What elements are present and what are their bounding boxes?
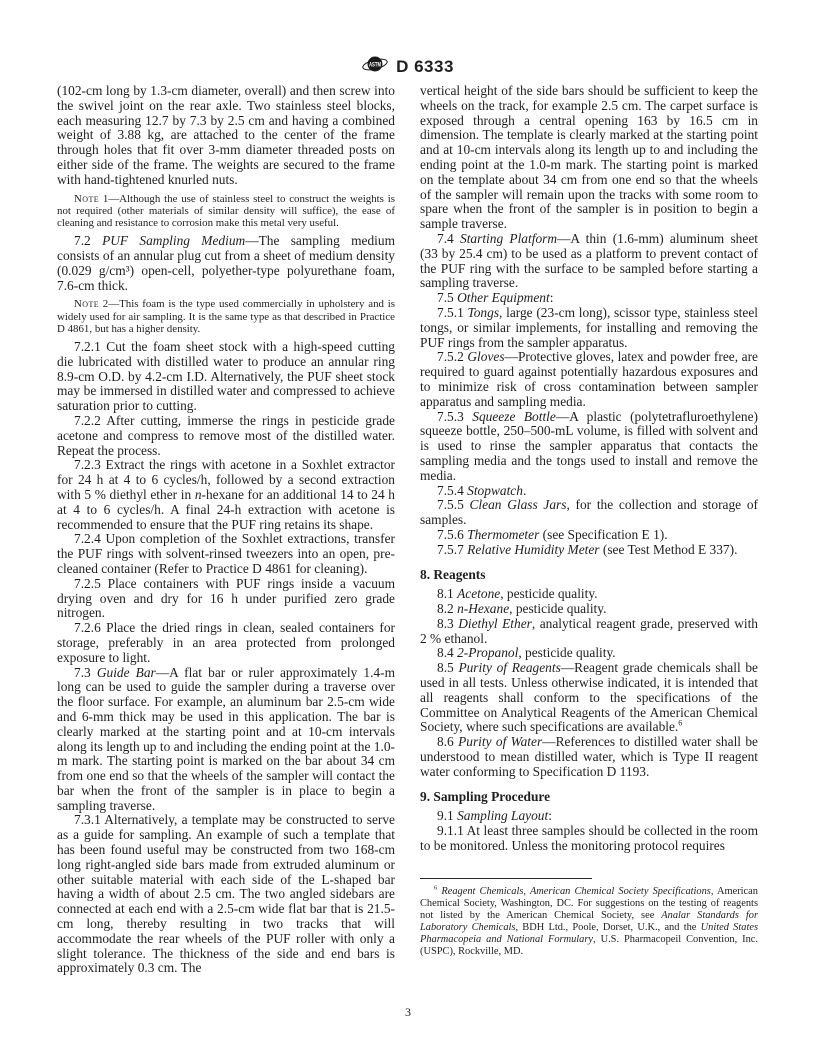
right-column: vertical height of the side bars should … [420, 84, 758, 976]
left-column: (102-cm long by 1.3-cm diameter, overall… [57, 84, 395, 976]
astm-logo-icon: ASTM [362, 54, 388, 79]
svg-text:ASTM: ASTM [369, 62, 381, 69]
body-paragraph: 7.2.6 Place the dried rings in clean, se… [57, 621, 395, 665]
body-paragraph: vertical height of the side bars should … [420, 84, 758, 232]
body-paragraph: 7.2.2 After cutting, immerse the rings i… [57, 414, 395, 458]
body-paragraph: 7.5.2 Gloves—Protective gloves, latex an… [420, 350, 758, 409]
body-paragraph: 8.6 Purity of Water—References to distil… [420, 735, 758, 779]
body-paragraph: 7.2.1 Cut the foam sheet stock with a hi… [57, 340, 395, 414]
body-paragraph: 8.4 2-Propanol, pesticide quality. [420, 646, 758, 661]
body-paragraph: 9.1.1 At least three samples should be c… [420, 824, 758, 854]
body-paragraph: 7.3.1 Alternatively, a template may be c… [57, 813, 395, 976]
body-paragraph: 8.5 Purity of Reagents—Reagent grade che… [420, 661, 758, 735]
document-number: D 6333 [396, 57, 454, 77]
page-header: ASTM D 6333 [0, 54, 816, 79]
footnote-rule [420, 878, 592, 879]
body-paragraph: 8.3 Diethyl Ether, analytical reagent gr… [420, 617, 758, 647]
footnote: 6 Reagent Chemicals, American Chemical S… [420, 878, 758, 958]
page-number: 3 [0, 1005, 816, 1020]
section-heading: 8. Reagents [420, 568, 758, 583]
body-paragraph: (102-cm long by 1.3-cm diameter, overall… [57, 84, 395, 188]
body-paragraph: 9.1 Sampling Layout: [420, 809, 758, 824]
body-paragraph: 7.5.1 Tongs, large (23-cm long), scissor… [420, 306, 758, 350]
section-heading: 9. Sampling Procedure [420, 790, 758, 805]
body-paragraph: 7.5.4 Stopwatch. [420, 484, 758, 499]
body-paragraph: 7.2.3 Extract the rings with acetone in … [57, 458, 395, 532]
body-paragraph: 8.2 n-Hexane, pesticide quality. [420, 602, 758, 617]
body-paragraph: 7.4 Starting Platform—A thin (1.6-mm) al… [420, 232, 758, 291]
body-paragraph: 7.2.5 Place containers with PUF rings in… [57, 577, 395, 621]
two-column-text: (102-cm long by 1.3-cm diameter, overall… [57, 84, 759, 976]
body-paragraph: 7.5.7 Relative Humidity Meter (see Test … [420, 543, 758, 558]
note-paragraph: Note 2—This foam is the type used commer… [57, 298, 395, 335]
body-paragraph: 7.3 Guide Bar—A flat bar or ruler approx… [57, 666, 395, 814]
body-paragraph: 7.2 PUF Sampling Medium—The sampling med… [57, 234, 395, 293]
body-paragraph: 7.2.4 Upon completion of the Soxhlet ext… [57, 532, 395, 576]
body-paragraph: 8.1 Acetone, pesticide quality. [420, 587, 758, 602]
body-paragraph: 7.5.5 Clean Glass Jars, for the collecti… [420, 498, 758, 528]
note-paragraph: Note 1—Although the use of stainless ste… [57, 193, 395, 230]
body-paragraph: 7.5 Other Equipment: [420, 291, 758, 306]
body-paragraph: 7.5.6 Thermometer (see Specification E 1… [420, 528, 758, 543]
footnote-text: 6 Reagent Chemicals, American Chemical S… [420, 886, 758, 958]
document-page: ASTM D 6333 (102-cm long by 1.3-cm diame… [0, 0, 816, 1056]
body-paragraph: 7.5.3 Squeeze Bottle—A plastic (polytetr… [420, 410, 758, 484]
